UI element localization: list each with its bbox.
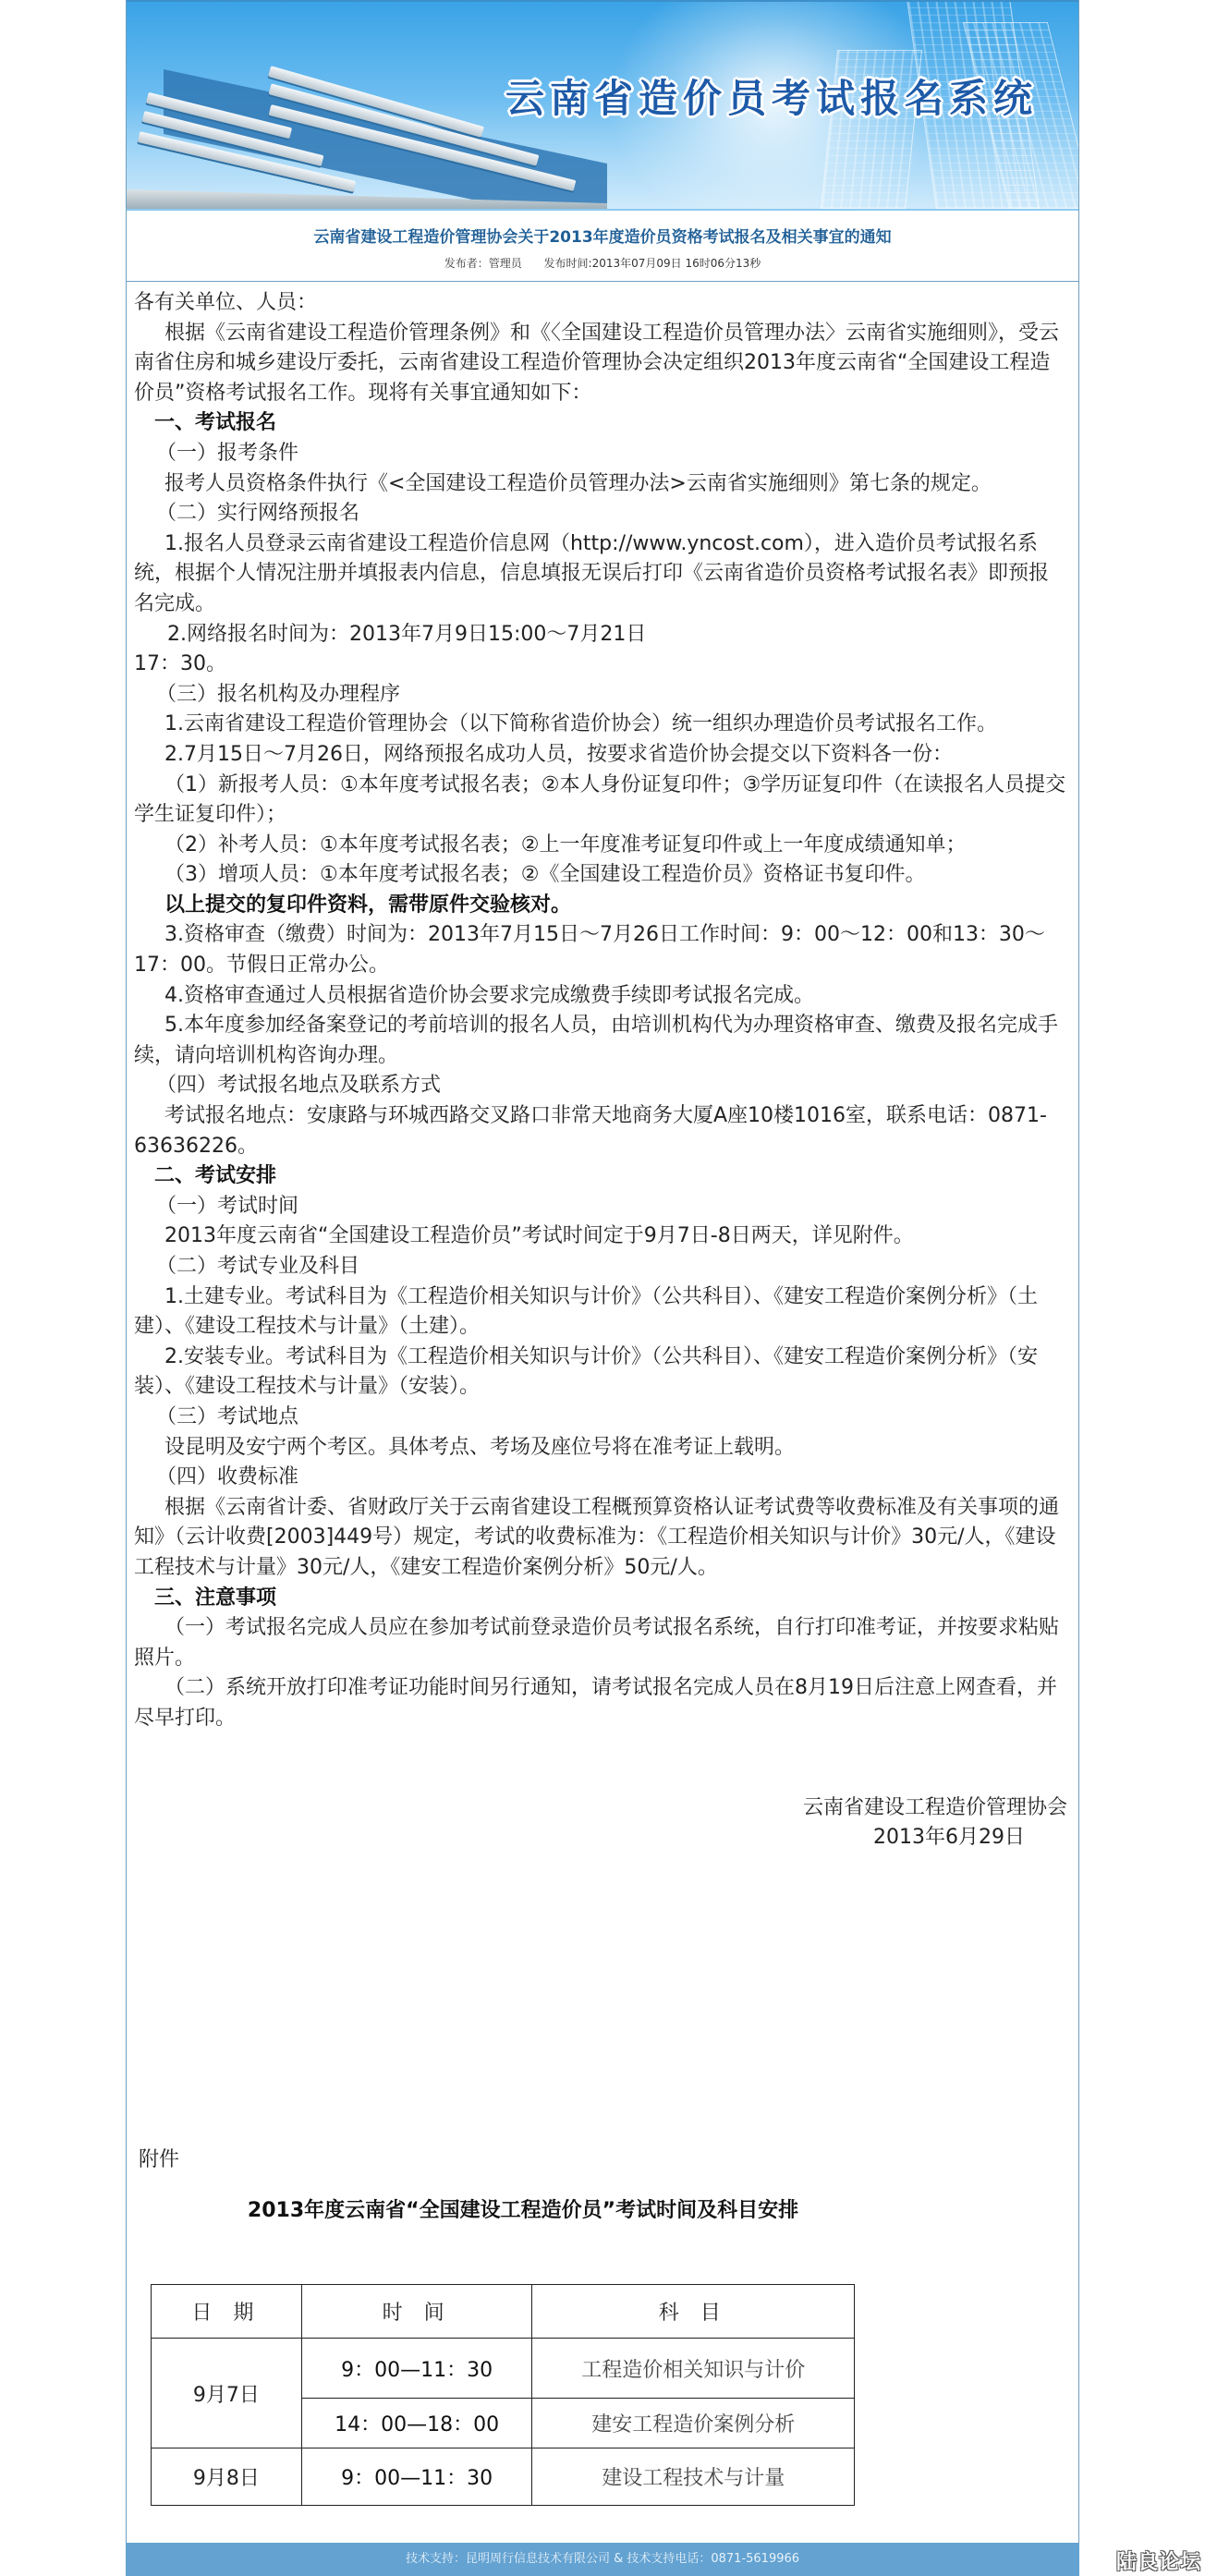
page-frame: 云南省造价员考试报名系统 云南省建设工程造价管理协会关于2013年度造价员资格考… (126, 0, 1079, 2543)
notice-header: 云南省建设工程造价管理协会关于2013年度造价员资格考试报名及相关事宜的通知 发… (127, 211, 1078, 282)
time-cell: 9：00—11：30 (301, 2448, 532, 2506)
date-cell: 9月8日 (152, 2448, 302, 2506)
intro-paragraph: 根据《云南省建设工程造价管理条例》和《〈全国建设工程造价员管理办法〉云南省实施细… (134, 319, 1067, 409)
notice-body: 各有关单位、人员： 根据《云南省建设工程造价管理条例》和《〈全国建设工程造价员管… (134, 288, 1067, 1853)
date-cell: 9月7日 (152, 2339, 302, 2448)
exam-schedule-table: 日 期 时 间 科 目 9月7日 9：00—11：30 工程造价相关知识与计价 … (151, 2284, 855, 2506)
site-banner: 云南省造价员考试报名系统 (127, 0, 1078, 211)
paragraph: 4.资格审查通过人员根据省造价协会要求完成缴费手续即考试报名完成。 (134, 981, 1067, 1012)
paragraph: 2.安装专业。考试科目为《工程造价相关知识与计价》（公共科目）、《建安工程造价案… (134, 1343, 1067, 1403)
contact-paragraph: 考试报名地点：安康路与环城西路交叉路口非常天地商务大厦A座10楼1016室，联系… (134, 1101, 1067, 1161)
subject-cell: 建安工程造价案例分析 (532, 2399, 855, 2448)
paragraph: （二）系统开放打印准考证功能时间另行通知，请考试报名完成人员在8月19日后注意上… (134, 1673, 1067, 1733)
paragraph: 1.报名人员登录云南省建设工程造价信息网（http://www.yncost.c… (134, 529, 1067, 620)
paragraph: 5.本年度参加经备案登记的考前培训的报名人员，由培训机构代为办理资格审查、缴费及… (134, 1011, 1067, 1071)
signature-date: 2013年6月29日 (134, 1823, 1067, 1853)
notice-title: 云南省建设工程造价管理协会关于2013年度造价员资格考试报名及相关事宜的通知 (127, 224, 1078, 247)
time-cell: 9：00—11：30 (301, 2339, 532, 2399)
paragraph: （2）补考人员：①本年度考试报名表；②上一年度准考证复印件或上一年度成绩通知单； (134, 831, 1067, 861)
paragraph: （一）考试报名完成人员应在参加考试前登录造价员考试报名系统，自行打印准考证，并按… (134, 1613, 1067, 1673)
publish-time: 发布时间:2013年07月09日 16时06分13秒 (544, 257, 761, 270)
subsection-heading: （二）实行网络预报名 (134, 499, 1067, 529)
paragraph: 设昆明及安宁两个考区。具体考点、考场及座位号将在准考证上载明。 (134, 1433, 1067, 1464)
footer-tech-support: 技术支持：昆明周行信息技术有限公司 & 技术支持电话：0871-5619966 (406, 2552, 799, 2566)
subsection-heading: （三）报名机构及办理程序 (134, 680, 1067, 711)
subsection-heading: （一）报考条件 (134, 439, 1067, 469)
column-header-subject: 科 目 (532, 2285, 855, 2339)
subject-cell: 建设工程技术与计量 (532, 2448, 855, 2506)
paragraph: 1.云南省建设工程造价管理协会（以下简称省造价协会）统一组织办理造价员考试报名工… (134, 710, 1067, 740)
subsection-heading: （四）考试报名地点及联系方式 (134, 1071, 1067, 1101)
paragraph: 2013年度云南省“全国建设工程造价员”考试时间定于9月7日-8日两天，详见附件… (134, 1221, 1067, 1252)
table-header-row: 日 期 时 间 科 目 (152, 2285, 855, 2339)
subsection-heading: （四）收费标准 (134, 1463, 1067, 1493)
salutation: 各有关单位、人员： (134, 288, 1067, 319)
footer-bar: 技术支持：昆明周行信息技术有限公司 & 技术支持电话：0871-5619966 (126, 2543, 1079, 2576)
subsection-heading: （二）考试专业及科目 (134, 1252, 1067, 1282)
site-title: 云南省造价员考试报名系统 (505, 68, 1038, 124)
paragraph: （3）增项人员：①本年度考试报名表；②《全国建设工程造价员》资格证书复印件。 (134, 860, 1067, 891)
signature-org: 云南省建设工程造价管理协会 (134, 1793, 1067, 1824)
paragraph: 报考人员资格条件执行《<全国建设工程造价员管理办法>云南省实施细则》第七条的规定… (134, 469, 1067, 500)
table-row: 9月7日 9：00—11：30 工程造价相关知识与计价 (152, 2339, 855, 2399)
attachment-title: 2013年度云南省“全国建设工程造价员”考试时间及科目安排 (126, 2194, 920, 2223)
subsection-heading: （一）考试时间 (134, 1192, 1067, 1222)
subject-cell: 工程造价相关知识与计价 (532, 2339, 855, 2399)
section-heading: 一、考试报名 (134, 408, 1067, 439)
column-header-date: 日 期 (152, 2285, 302, 2339)
section-heading: 二、考试安排 (134, 1161, 1067, 1192)
watermark-logo: 陆良论坛 (1116, 2546, 1201, 2575)
subsection-heading: （三）考试地点 (134, 1403, 1067, 1433)
table-row: 9月8日 9：00—11：30 建设工程技术与计量 (152, 2448, 855, 2506)
paragraph: 1.土建专业。考试科目为《工程造价相关知识与计价》（公共科目）、《建安工程造价案… (134, 1282, 1067, 1343)
paragraph: 3.资格审查（缴费）时间为：2013年7月15日～7月26日工作时间：9：00～… (134, 920, 1067, 980)
important-note: 以上提交的复印件资料，需带原件交验核对。 (134, 891, 1067, 921)
time-cell: 14：00—18：00 (301, 2399, 532, 2448)
attachment-label: 附件 (139, 2144, 179, 2172)
paragraph: 17：30。 (134, 650, 1067, 680)
paragraph: 根据《云南省计委、省财政厅关于云南省建设工程概预算资格认证考试费等收费标准及有关… (134, 1493, 1067, 1584)
section-heading: 三、注意事项 (134, 1584, 1067, 1614)
publisher: 发布者：管理员 (444, 257, 522, 270)
column-header-time: 时 间 (301, 2285, 532, 2339)
paragraph: （1）新报考人员：①本年度考试报名表；②本人身份证复印件；③学历证复印件（在读报… (134, 771, 1067, 831)
paragraph: 2.网络报名时间为：2013年7月9日15:00～7月21日 (134, 620, 1067, 650)
paragraph: 2.7月15日～7月26日，网络预报名成功人员，按要求省造价协会提交以下资料各一… (134, 740, 1067, 771)
notice-meta: 发布者：管理员 发布时间:2013年07月09日 16时06分13秒 (127, 255, 1078, 271)
